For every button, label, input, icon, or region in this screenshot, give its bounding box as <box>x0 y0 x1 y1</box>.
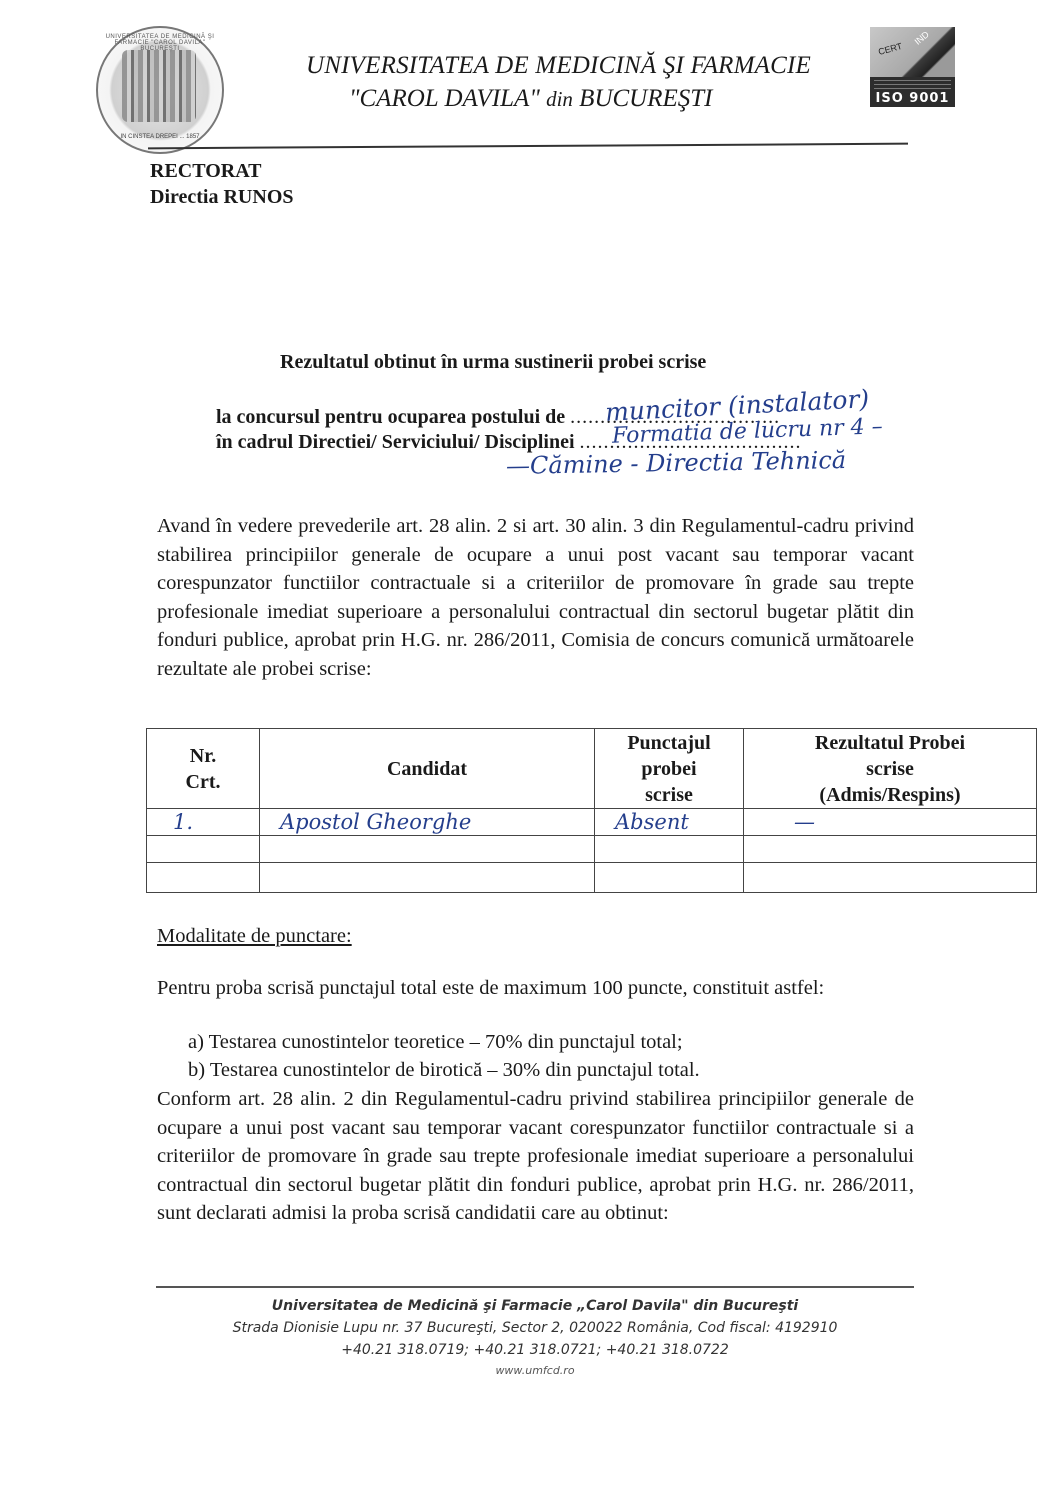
cell-punctaj <box>595 836 744 863</box>
cell-nr: 1. <box>147 809 260 836</box>
university-title: UNIVERSITATEA DE MEDICINĂ ŞI FARMACIE <box>306 52 811 80</box>
cell-rezultat: — <box>744 809 1037 836</box>
table-header-row: Nr. Crt. Candidat Punctajul probei scris… <box>147 729 1037 809</box>
cell-candidat: Apostol Gheorghe <box>260 809 595 836</box>
scoring-item-a: a) Testarea cunostintelor teoretice – 70… <box>188 1031 683 1054</box>
header-rezultat: Rezultatul Probei scrise (Admis/Respins) <box>744 729 1037 809</box>
conform-paragraph: Conform art. 28 alin. 2 din Regulamentul… <box>157 1085 914 1228</box>
department-directia: Directia RUNOS <box>150 186 294 209</box>
subtitle-din: din <box>546 87 573 111</box>
intro-paragraph: Avand în vedere prevederile art. 28 alin… <box>157 512 914 683</box>
university-seal: UNIVERSITATEA DE MEDICINĂ ŞI FARMACIE "C… <box>96 26 224 154</box>
cell-punctaj: Absent <box>595 809 744 836</box>
cell-candidat <box>260 863 595 893</box>
cert-text: CERT <box>877 41 903 57</box>
footer-website[interactable]: www.umfcd.ro <box>150 1364 920 1377</box>
dept-label: în cadrul Directiei/ Serviciului/ Discip… <box>216 431 575 453</box>
cell-nr <box>147 836 260 863</box>
cell-punctaj <box>595 863 744 893</box>
scoring-heading: Modalitate de punctare: <box>157 925 352 948</box>
university-subtitle: "CAROL DAVILA" din BUCUREŞTI <box>349 85 713 113</box>
seal-bottom-text: IN CINSTEA DREPEI ... 1857 <box>98 134 222 140</box>
results-table: Nr. Crt. Candidat Punctajul probei scris… <box>146 728 1037 893</box>
footer-divider <box>156 1286 914 1288</box>
iso-certification-badge: CERT IND ISO 9001 <box>870 27 955 107</box>
ind-text: IND <box>913 29 931 47</box>
table-row <box>147 836 1037 863</box>
header-punctaj: Punctajul probei scrise <box>595 729 744 809</box>
subtitle-city: BUCUREŞTI <box>579 85 712 112</box>
iso-label-panel: ISO 9001 <box>870 77 955 107</box>
header-candidat: Candidat <box>260 729 595 809</box>
document-title: Rezultatul obtinut în urma sustinerii pr… <box>280 351 706 374</box>
subtitle-name: "CAROL DAVILA" <box>349 85 540 112</box>
handwritten-dept-line2: —Cămine - Directia Tehnică <box>506 446 847 480</box>
table-row <box>147 863 1037 893</box>
header-nr-crt: Nr. Crt. <box>147 729 260 809</box>
cell-rezultat <box>744 863 1037 893</box>
cell-nr <box>147 863 260 893</box>
scoring-paragraph: Pentru proba scrisă punctajul total este… <box>157 974 914 1003</box>
footer-address: Strada Dionisie Lupu nr. 37 Bucureşti, S… <box>150 1320 920 1336</box>
post-label: la concursul pentru ocuparea postului de <box>216 406 565 428</box>
cell-rezultat <box>744 836 1037 863</box>
cell-candidat <box>260 836 595 863</box>
table-row: 1. Apostol Gheorghe Absent — <box>147 809 1037 836</box>
footer-phones: +40.21 318.0719; +40.21 318.0721; +40.21… <box>150 1342 920 1358</box>
department-rectorat: RECTORAT <box>150 160 262 183</box>
iso-label: ISO 9001 <box>870 91 955 106</box>
footer-university-name: Universitatea de Medicină şi Farmacie „C… <box>150 1298 920 1314</box>
cert-ind-logo: CERT IND <box>870 27 955 77</box>
scoring-item-b: b) Testarea cunostintelor de birotică – … <box>188 1059 700 1082</box>
header-divider <box>148 143 908 150</box>
seal-building-image <box>122 50 196 122</box>
